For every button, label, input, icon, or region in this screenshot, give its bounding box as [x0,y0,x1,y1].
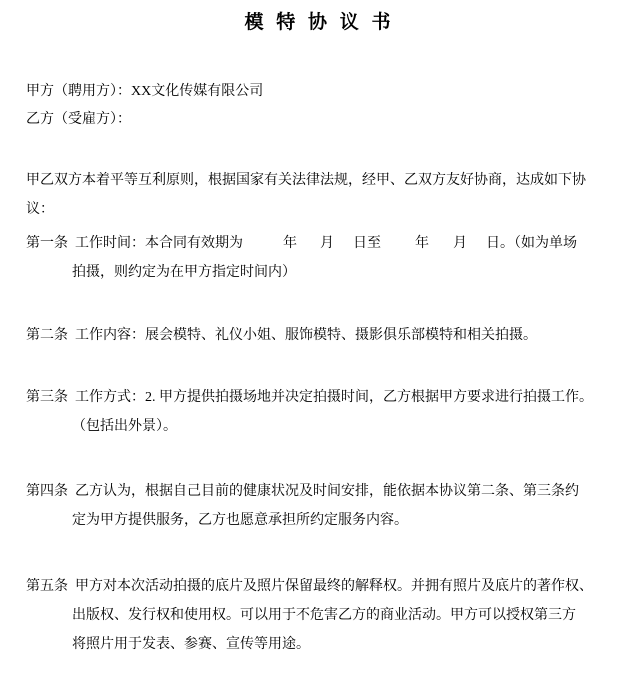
month-label-2: 月 [453,236,467,251]
document-title: 模 特 协 议 书 [26,8,613,38]
blank-fill-month-2 [429,246,453,247]
preamble-line-1: 甲乙双方本着平等互利原则，根据国家有关法律法规，经甲、乙双方友好协商，达成如下协 [26,166,613,195]
clause-1-text-end: 日。（如为单场 [486,236,577,251]
clause-5-line-1: 第五条甲方对本次活动拍摄的底片及照片保留最终的解释权。并拥有照片及底片的著作权、 [26,572,613,601]
clause-3-line-2: （包括出外景）。 [26,412,613,441]
clause-1-line-2: 拍摄，则约定为在甲方指定时间内） [26,258,613,287]
clause-2: 第二条工作内容：展会模特、礼仪小姐、服饰模特、摄影俱乐部模特和相关拍摄。 [26,321,613,350]
blank-fill-day-2 [467,246,486,247]
clause-3-line-1: 第三条工作方式：2. 甲方提供拍摄场地并决定拍摄时间，乙方根据甲方要求进行拍摄工… [26,383,613,412]
clause-4: 第四条乙方认为，根据自己目前的健康状况及时间安排，能依据本协议第二条、第三条约 … [26,477,613,535]
clause-5-label: 第五条 [26,572,75,601]
clause-2-label: 第二条 [26,321,75,350]
clause-5-line-2: 出版权、发行权和使用权。可以用于不危害乙方的商业活动。甲方可以授权第三方 [26,601,613,630]
blank-fill-month-1 [297,246,320,247]
party-a-line: 甲方（聘用方）：XX文化传媒有限公司 [26,78,613,106]
year-label-2: 年 [415,236,429,251]
clause-3: 第三条工作方式：2. 甲方提供拍摄场地并决定拍摄时间，乙方根据甲方要求进行拍摄工… [26,383,613,441]
clause-3-text: 工作方式：2. 甲方提供拍摄场地并决定拍摄时间，乙方根据甲方要求进行拍摄工作。 [75,390,593,405]
clause-4-text: 乙方认为，根据自己目前的健康状况及时间安排，能依据本协议第二条、第三条约 [75,484,579,499]
clause-3-label: 第三条 [26,383,75,412]
blank-fill-year-2 [381,246,415,247]
clause-1-line-1: 第一条工作时间：本合同有效期为年月日至年月日。（如为单场 [26,229,613,258]
blank-fill-year-1 [243,246,283,247]
preamble-line-2: 议： [26,195,613,224]
year-label-1: 年 [283,236,297,251]
clause-4-line-2: 定为甲方提供服务，乙方也愿意承担所约定服务内容。 [26,506,613,535]
clause-5: 第五条甲方对本次活动拍摄的底片及照片保留最终的解释权。并拥有照片及底片的著作权、… [26,572,613,659]
month-label-1: 月 [320,236,334,251]
day-to-label: 日至 [353,236,381,251]
clause-4-line-1: 第四条乙方认为，根据自己目前的健康状况及时间安排，能依据本协议第二条、第三条约 [26,477,613,506]
party-b-line: 乙方（受雇方）： [26,106,613,134]
contract-document: 模 特 协 议 书 甲方（聘用方）：XX文化传媒有限公司 乙方（受雇方）： 甲乙… [0,0,633,659]
clause-1-text-start: 工作时间：本合同有效期为 [75,236,243,251]
clause-5-line-3: 将照片用于发表、参赛、宣传等用途。 [26,630,613,659]
clause-2-line-1: 第二条工作内容：展会模特、礼仪小姐、服饰模特、摄影俱乐部模特和相关拍摄。 [26,321,613,350]
blank-fill-day-1 [334,246,353,247]
clause-1-label: 第一条 [26,229,75,258]
clause-4-label: 第四条 [26,477,75,506]
clause-5-text: 甲方对本次活动拍摄的底片及照片保留最终的解释权。并拥有照片及底片的著作权、 [75,579,593,594]
clause-2-text: 工作内容：展会模特、礼仪小姐、服饰模特、摄影俱乐部模特和相关拍摄。 [75,328,537,343]
preamble-paragraph: 甲乙双方本着平等互利原则，根据国家有关法律法规，经甲、乙双方友好协商，达成如下协… [26,166,613,224]
clause-1: 第一条工作时间：本合同有效期为年月日至年月日。（如为单场 拍摄，则约定为在甲方指… [26,229,613,287]
parties-section: 甲方（聘用方）：XX文化传媒有限公司 乙方（受雇方）： [26,78,613,134]
